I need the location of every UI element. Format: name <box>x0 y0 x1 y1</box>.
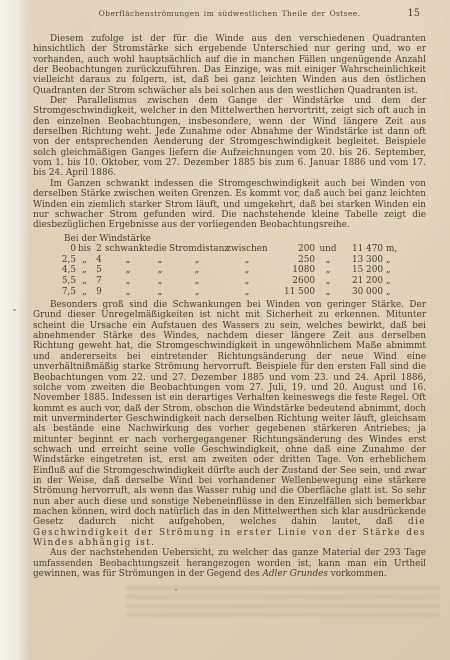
table-cell: 1080 <box>269 265 315 276</box>
table-cell: „ <box>105 287 151 298</box>
table-cell: „ <box>76 265 93 276</box>
paragraph-1: Diesem zufolge ist der für die Winde aus… <box>33 34 426 96</box>
table-cell: Stromdistanz <box>169 244 225 255</box>
table-cell: 4 <box>93 255 105 266</box>
scan-speck <box>175 589 177 591</box>
table-cell: „ <box>105 276 151 287</box>
table-cell: „ <box>169 276 225 287</box>
wind-current-table: Bei der Windstärke 0bis2schwanktedieStro… <box>61 234 426 298</box>
table-cell: „ <box>76 276 93 287</box>
paragraph-3: Im Ganzen schwankt indessen die Stromges… <box>33 179 426 231</box>
table-cell: 11 500 <box>269 287 315 298</box>
table-row: 0bis2schwanktedieStromdistanzzwischen200… <box>61 244 426 255</box>
table-cell: 21 200 <box>341 276 383 287</box>
table-cell: „ <box>383 255 402 266</box>
table-cell: 2600 <box>269 276 315 287</box>
table-cell: 7,5 <box>61 287 76 298</box>
table-cell: 30 000 <box>341 287 383 298</box>
table-cell: 13 300 <box>341 255 383 266</box>
table-cell: 2 <box>93 244 105 255</box>
table-cell: „ <box>169 255 225 266</box>
table-cell: 5 <box>93 265 105 276</box>
table-cell: „ <box>76 287 93 298</box>
table-cell: „ <box>315 287 341 298</box>
table-cell: „ <box>169 265 225 276</box>
paragraph-4-main: Besonders groß sind die Schwankungen bei… <box>33 300 426 527</box>
table-cell: 0 <box>61 244 76 255</box>
table-cell: „ <box>151 276 169 287</box>
table-caption: Bei der Windstärke <box>61 234 426 245</box>
table-cell: „ <box>383 276 402 287</box>
place-name-italic: Adler Grundes <box>262 569 328 579</box>
table-cell: „ <box>151 287 169 298</box>
table-cell: „ <box>225 276 269 287</box>
table-cell: 15 200 <box>341 265 383 276</box>
page-number: 15 <box>408 8 420 19</box>
page-header: Oberflächenströmungen im südwestlichen T… <box>33 9 426 23</box>
table-cell: „ <box>315 265 341 276</box>
table-cell: 5,5 <box>61 276 76 287</box>
body-text: Diesem zufolge ist der für die Winde aus… <box>33 34 426 579</box>
table-cell: 2,5 <box>61 255 76 266</box>
scan-edge-highlight <box>0 0 30 660</box>
table-cell: 200 <box>269 244 315 255</box>
table-row: 2,5„4„„„„250„13 300„ <box>61 255 426 266</box>
table-cell: 250 <box>269 255 315 266</box>
running-title: Oberflächenströmungen im südwestlichen T… <box>33 9 426 18</box>
table-cell: „ <box>105 255 151 266</box>
table-cell: 7 <box>93 276 105 287</box>
table-cell: „ <box>315 255 341 266</box>
table-cell: „ <box>225 287 269 298</box>
table-cell: „ <box>151 265 169 276</box>
table-cell: „ <box>105 265 151 276</box>
table-cell: „ <box>225 265 269 276</box>
table-cell: bis <box>76 244 93 255</box>
scanned-page: Oberflächenströmungen im südwestlichen T… <box>0 0 450 660</box>
table-cell: „ <box>315 276 341 287</box>
table-cell: 4,5 <box>61 265 76 276</box>
table-cell: m, <box>383 244 402 255</box>
table-row: 7,5„9„„„„11 500„30 000„ <box>61 287 426 298</box>
table-cell: „ <box>383 287 402 298</box>
table-cell: „ <box>383 265 402 276</box>
paragraph-4: Besonders groß sind die Schwankungen bei… <box>33 300 426 548</box>
paragraph-5: Aus der nachstehenden Uebersicht, zu wel… <box>33 548 426 579</box>
table-cell: „ <box>169 287 225 298</box>
paragraph-2: Der Parallelismus zwischen dem Gange der… <box>33 96 426 179</box>
table-row: 4,5„5„„„„1080„15 200„ <box>61 265 426 276</box>
table-cell: schwankte <box>105 244 151 255</box>
table-cell: 11 470 <box>341 244 383 255</box>
table-cell: die <box>151 244 169 255</box>
table-cell: und <box>315 244 341 255</box>
table-row: 5,5„7„„„„2600„21 200„ <box>61 276 426 287</box>
reverse-page-bleed-through <box>125 586 440 622</box>
scan-speck <box>13 309 16 311</box>
table-cell: „ <box>76 255 93 266</box>
paragraph-5-after: vorkommen. <box>328 569 387 579</box>
table-cell: 9 <box>93 287 105 298</box>
table-cell: zwischen <box>225 244 269 255</box>
table-cell: „ <box>151 255 169 266</box>
table-cell: „ <box>225 255 269 266</box>
